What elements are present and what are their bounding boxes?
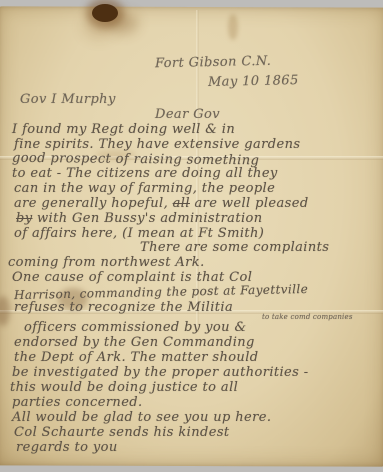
letter-line: One cause of complaint is that Col [12, 270, 252, 285]
letter-salutation: Dear Gov [155, 107, 220, 122]
letter-line: parties concerned. [12, 395, 143, 410]
struck-word: all [173, 196, 190, 211]
letter-line: There are some complaints [140, 240, 329, 255]
letter-line: regards to you [16, 440, 118, 455]
letter-line-text: are well pleased [190, 196, 309, 211]
letter-scan: { "scan": { "background_color": "#bdbcba… [0, 0, 383, 472]
letter-line: refuses to recognize the Militia [14, 300, 233, 315]
letter-line-text: with Gen Bussy's administration [32, 211, 262, 226]
letter-line: I found my Regt doing well & in [12, 122, 235, 137]
letter-line: are generally hopeful, all are well plea… [14, 196, 309, 211]
letter-line: by with Gen Bussy's administration [16, 211, 263, 226]
letter-address-line: Gov I Murphy [20, 92, 116, 107]
letter-line: endorsed by the Gen Commanding [14, 335, 255, 350]
letter-line: coming from northwest Ark. [8, 255, 205, 270]
letter-line: All would be glad to see you up here. [12, 410, 271, 425]
letter-line: this would be doing justice to all [10, 380, 238, 395]
letter-line: officers commissioned by you & [24, 320, 246, 335]
letter-place-line: Fort Gibson C.N. [155, 54, 272, 71]
letter-line: be investigated by the proper authoritie… [12, 365, 309, 380]
letter-line: Col Schaurte sends his kindest [14, 425, 230, 440]
letter-line-text: are generally hopeful, [14, 196, 173, 211]
interline-insertion: to take comd companies [262, 313, 353, 321]
letter-line: to eat - The citizens are doing all they [12, 166, 278, 181]
letter-line: can in the way of farming, the people [14, 181, 275, 196]
letter-line: of affairs here, (I mean at Ft Smith) [14, 226, 264, 241]
letter-line: fine spirits. They have extensive garden… [14, 137, 300, 152]
letter-date-line: May 10 1865 [208, 73, 299, 90]
letter-line: the Dept of Ark. The matter should [14, 350, 259, 365]
struck-word: by [16, 211, 32, 226]
